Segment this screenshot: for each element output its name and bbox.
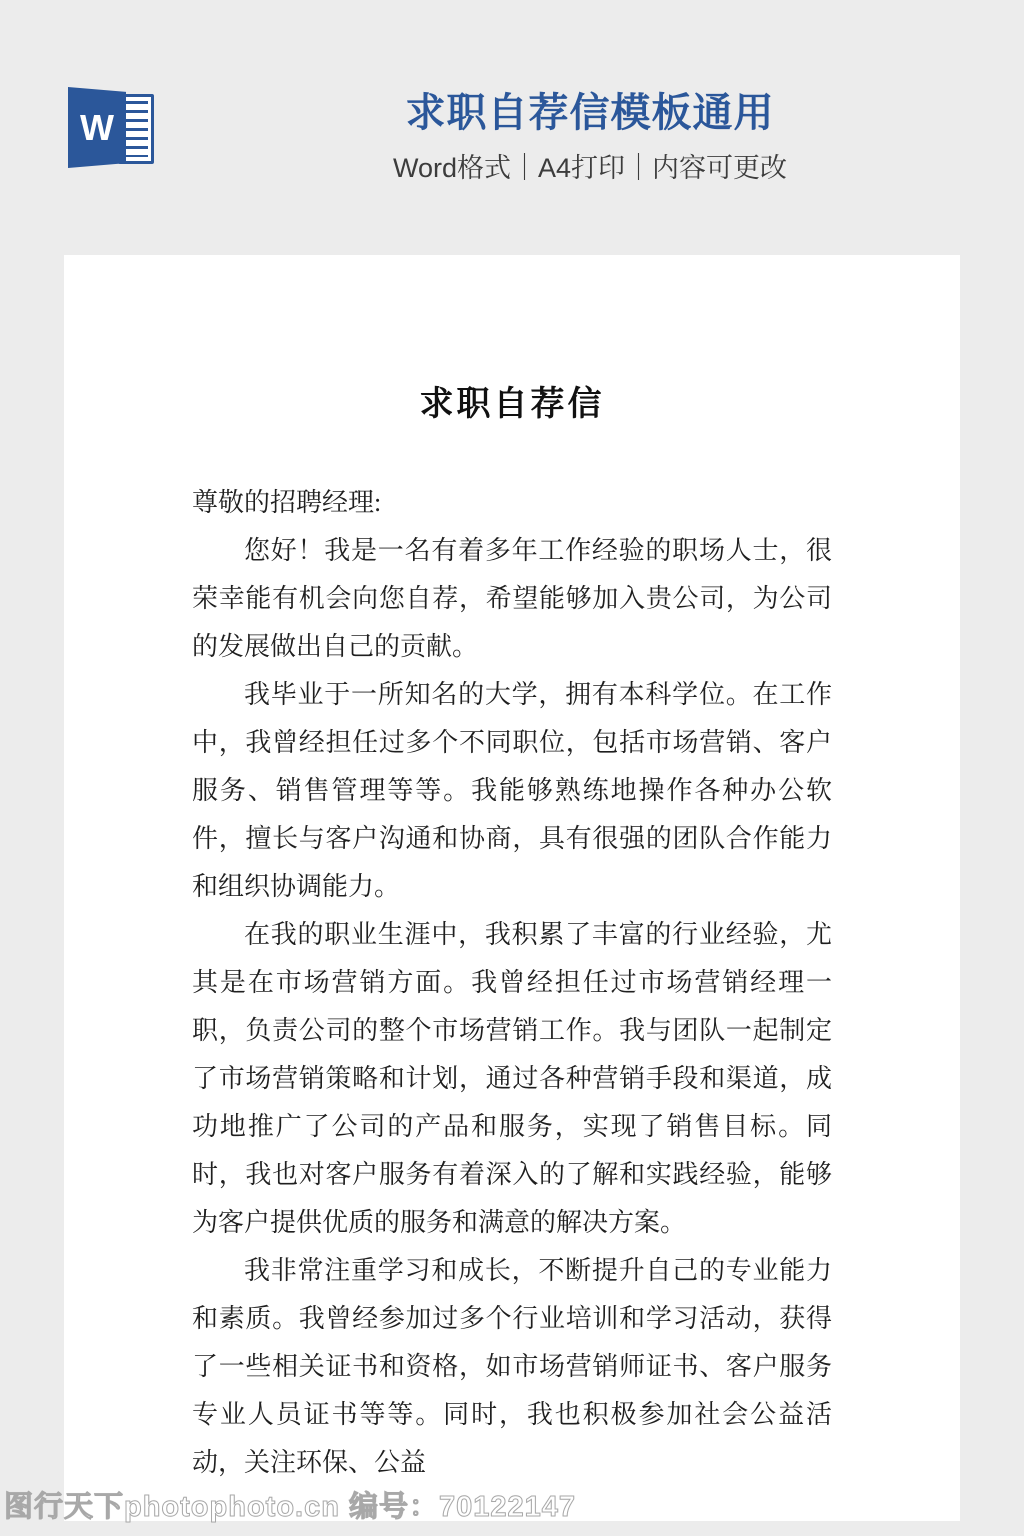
document-page: 求职自荐信 尊敬的招聘经理: 您好！我是一名有着多年工作经验的职场人士，很荣幸能… [64,255,960,1521]
word-logo-flap: W [68,87,126,168]
document-body: 尊敬的招聘经理: 您好！我是一名有着多年工作经验的职场人士，很荣幸能有机会向您自… [192,479,832,1487]
template-subtitle: Word格式｜A4打印｜内容可更改 [156,153,1024,183]
site-watermark: 图行天下photophoto.cn 编号：70122147 [4,1484,576,1525]
word-logo-icon: W [64,86,156,172]
salutation: 尊敬的招聘经理: [192,479,832,527]
paragraph: 在我的职业生涯中，我积累了丰富的行业经验，尤其是在市场营销方面。我曾经担任过市场… [192,911,832,1247]
header-titles: 求职自荐信模板通用 Word格式｜A4打印｜内容可更改 [156,86,1024,183]
paragraph: 我毕业于一所知名的大学，拥有本科学位。在工作中，我曾经担任过多个不同职位，包括市… [192,671,832,911]
paragraph: 您好！我是一名有着多年工作经验的职场人士，很荣幸能有机会向您自荐，希望能够加入贵… [192,527,832,671]
template-title: 求职自荐信模板通用 [156,90,1024,136]
word-logo-letter: W [80,110,114,146]
paragraph: 我非常注重学习和成长，不断提升自己的专业能力和素质。我曾经参加过多个行业培训和学… [192,1247,832,1487]
template-header: W 求职自荐信模板通用 Word格式｜A4打印｜内容可更改 [0,0,1024,255]
document-title: 求职自荐信 [192,381,832,429]
word-logo-text-lines [124,101,148,157]
